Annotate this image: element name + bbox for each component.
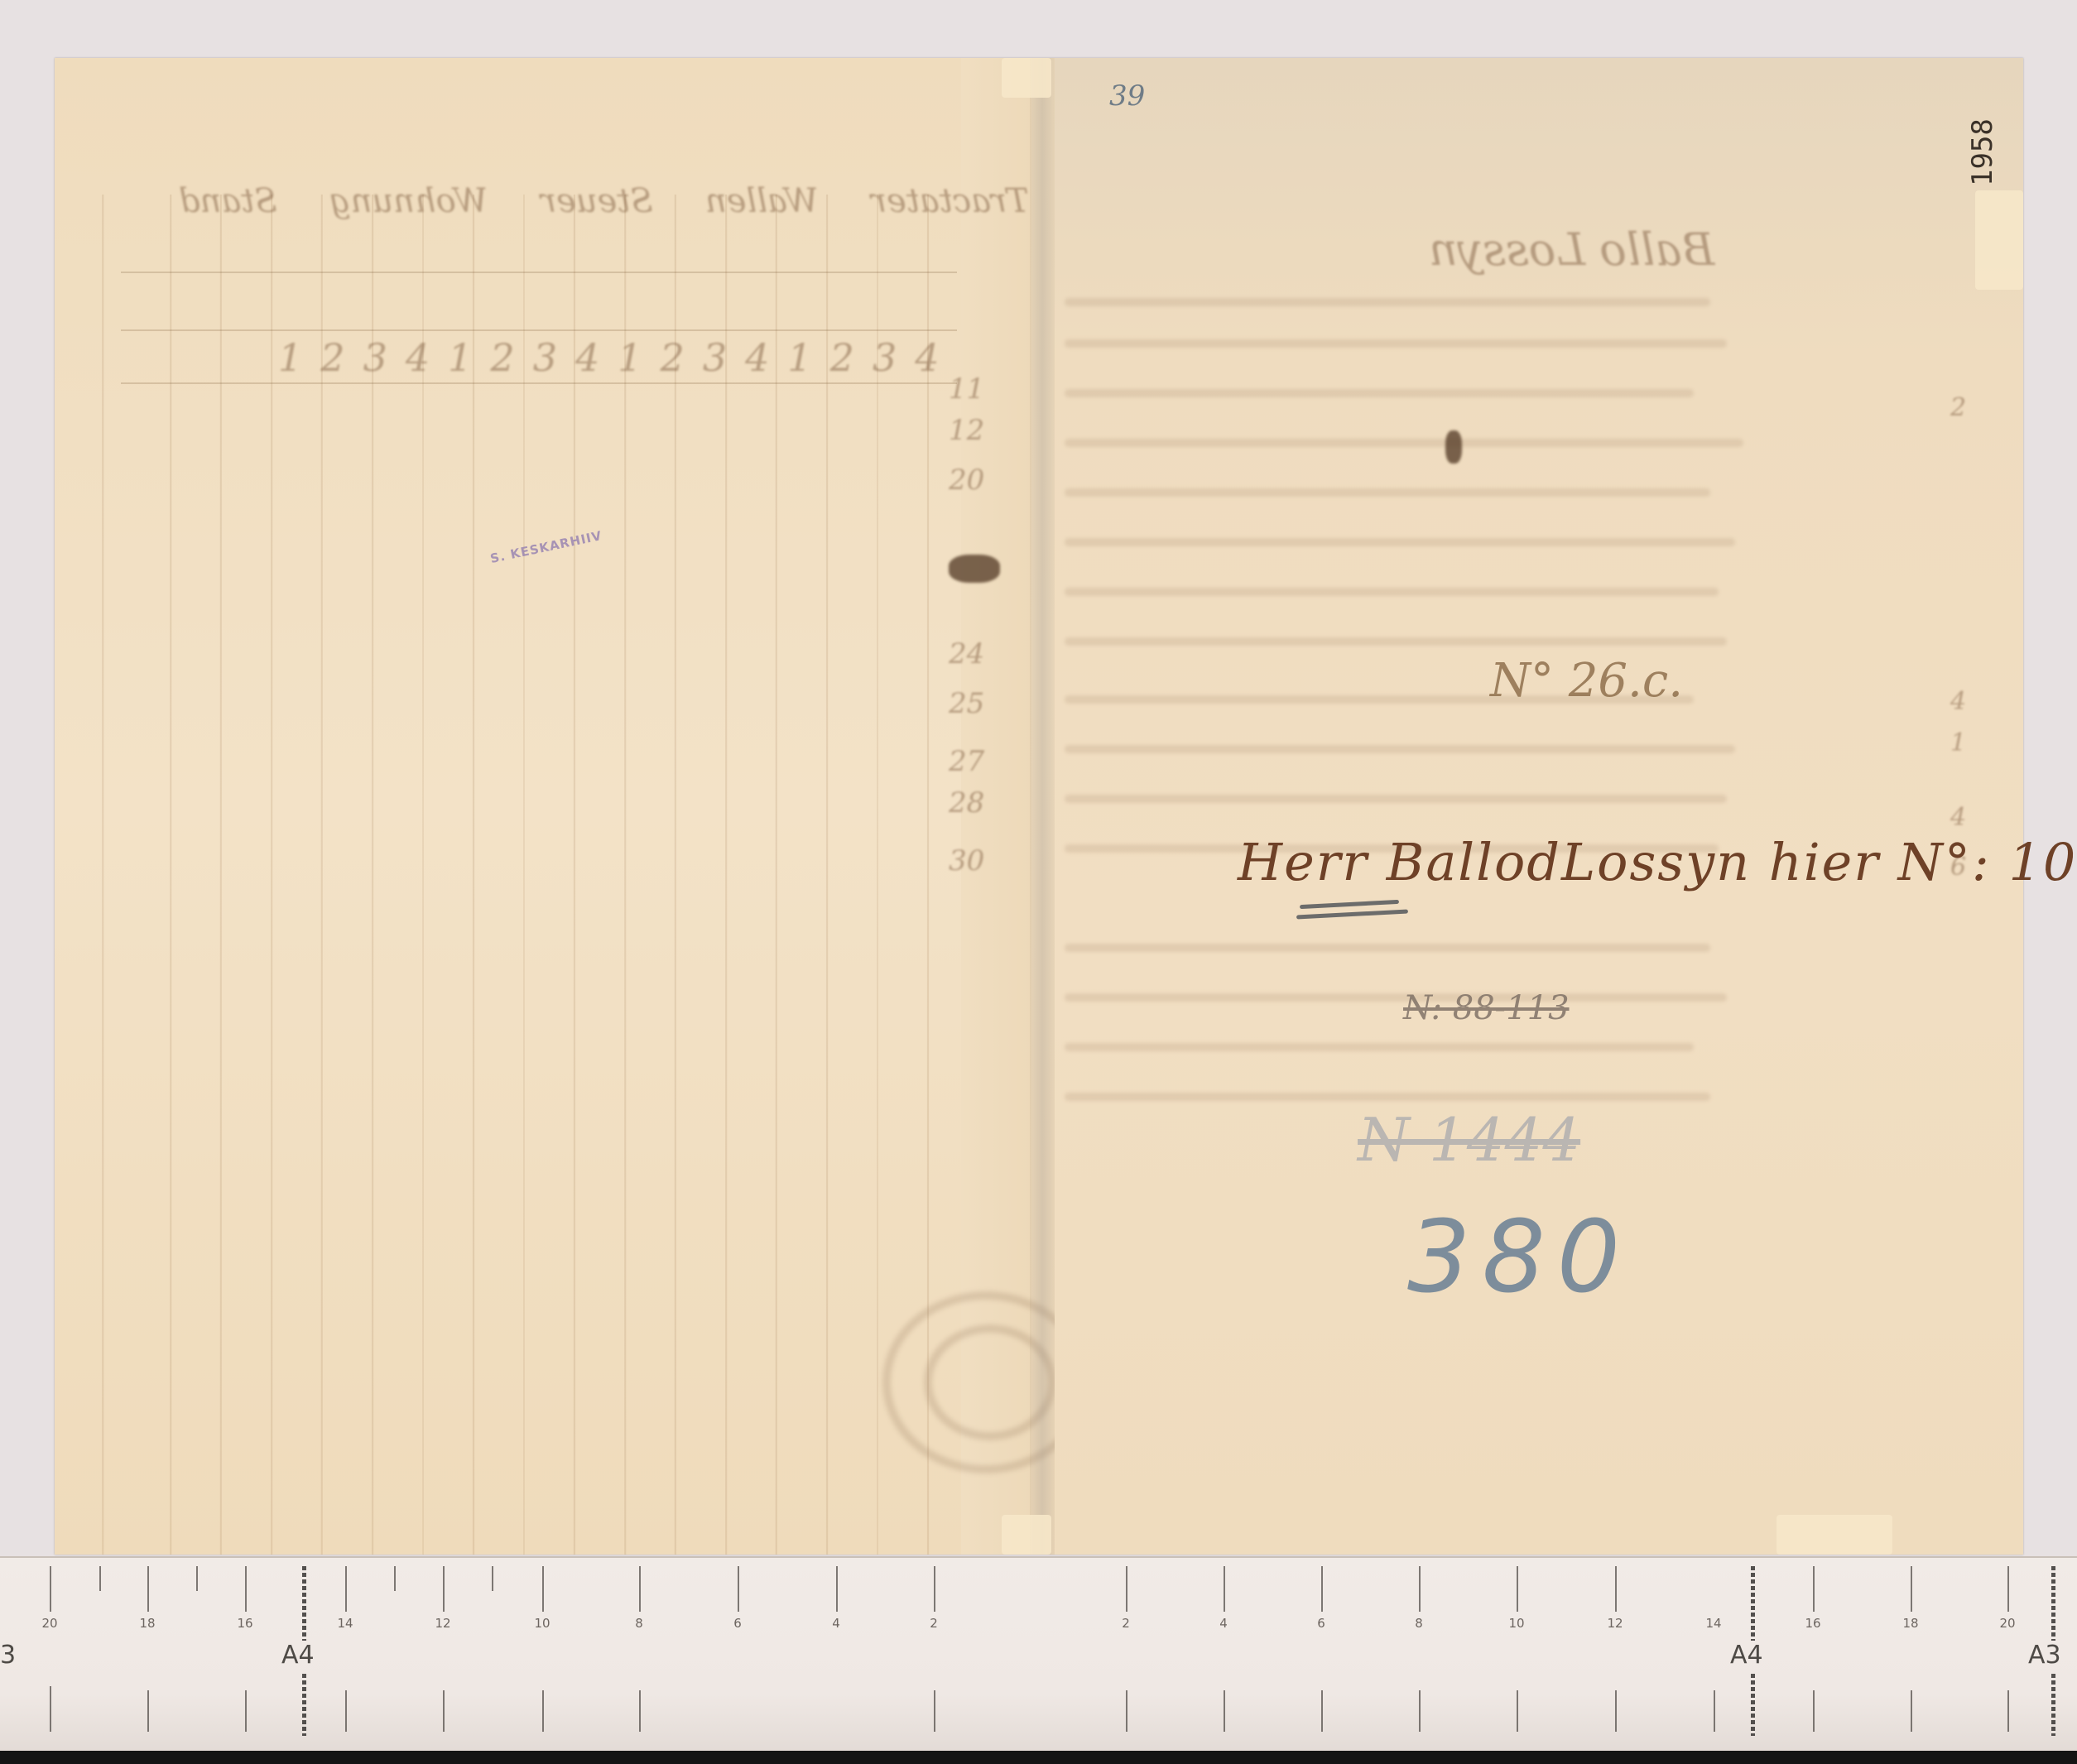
ruler-tick [1321, 1566, 1323, 1612]
ruler-tick [1126, 1690, 1127, 1732]
ruler-label: 14 [1705, 1616, 1721, 1631]
ruler-tick [245, 1566, 247, 1612]
ruler-label: 4 [1219, 1616, 1228, 1631]
text-bleed-line [1065, 637, 1727, 646]
ruler-tick [1224, 1566, 1225, 1612]
ruler-tick [2007, 1566, 2009, 1612]
archive-number: 1958 [1966, 118, 1999, 186]
ruler-tick [443, 1690, 445, 1732]
margin-mark: 24 [949, 637, 984, 671]
ruler-label: 16 [237, 1616, 252, 1631]
ruler-tick [836, 1566, 838, 1612]
ruler-label: 12 [1607, 1616, 1623, 1631]
margin-digit: 4 [1950, 687, 1966, 716]
old-pencil-number-struck: N 1444 [1358, 1105, 1580, 1175]
current-archive-number: 380 [1407, 1200, 1632, 1315]
margin-mark: 30 [949, 844, 984, 877]
text-bleed-line [1065, 588, 1719, 596]
ruler-label: 10 [1508, 1616, 1524, 1631]
a3-marker [2051, 1674, 2055, 1736]
text-bleed-line [1065, 795, 1727, 803]
ruler-tick [934, 1566, 935, 1612]
ruler-tick [492, 1566, 493, 1591]
ruler-tick [1911, 1566, 1912, 1612]
ruler-tick [147, 1566, 149, 1612]
ruler-tick [934, 1690, 935, 1732]
ruler-tick [147, 1690, 149, 1732]
ruler-label: 8 [1415, 1616, 1423, 1631]
ruler-tick [1517, 1566, 1518, 1612]
ruler-tick [639, 1566, 641, 1612]
margin-mark: 25 [949, 687, 984, 720]
ruler-tick [1911, 1690, 1912, 1732]
document-sheet: Stand Wohnung Steuer Wallen Tractater 12… [55, 58, 2023, 1555]
page-fold [1030, 58, 1055, 1555]
address-suffix: Lossyn [1561, 832, 1751, 892]
ruler-label: 10 [534, 1616, 550, 1631]
tape-strip [1002, 58, 1051, 98]
ruler-label: 6 [1317, 1616, 1325, 1631]
margin-digit: 1 [1950, 728, 1966, 757]
text-bleed-line [1065, 488, 1710, 497]
ruler-tick [345, 1690, 347, 1732]
a4-marker [1751, 1674, 1755, 1736]
ruler-tick [1813, 1690, 1815, 1732]
ruler-tick [542, 1690, 544, 1732]
reference-number: N° 26.c. [1490, 654, 1683, 708]
header-bleed-text: Wallen [705, 182, 819, 220]
margin-mark: 20 [949, 464, 984, 497]
address-line: Herr BallodLossyn hier N°: 108:3. [1238, 832, 2077, 892]
ruler-tick [542, 1566, 544, 1612]
paper-size-label: A3 [2028, 1641, 2061, 1670]
ruler-tick [99, 1566, 101, 1591]
ruler-tick [738, 1566, 739, 1612]
text-bleed-line [1065, 1093, 1710, 1101]
ink-blot [949, 555, 1000, 583]
ruler-tick [2007, 1690, 2009, 1732]
ledger-rule [121, 329, 957, 331]
text-bleed-line [1065, 339, 1727, 348]
ruler-label: 2 [1122, 1616, 1130, 1631]
ledger-header-area [55, 58, 1031, 195]
margin-mark: 28 [949, 786, 984, 820]
ruler-tick [1517, 1690, 1518, 1732]
ruler-tick [443, 1566, 445, 1612]
a4-marker [302, 1674, 306, 1736]
ledger-rule [121, 382, 957, 384]
address-number: N°: 108:3. [1898, 832, 2077, 892]
ruler-tick [1126, 1566, 1127, 1612]
text-bleed-line [1065, 745, 1735, 753]
text-bleed-line [1065, 944, 1710, 952]
margin-mark: 12 [949, 414, 984, 447]
ruler-label: 6 [733, 1616, 742, 1631]
measurement-ruler: 20 18 16 14 12 10 8 6 4 2 2 4 6 8 10 12 … [0, 1556, 2077, 1752]
ruler-label: 18 [1902, 1616, 1918, 1631]
ruler-tick [1813, 1566, 1815, 1612]
ink-blot [1445, 430, 1462, 464]
ruler-tick [196, 1566, 198, 1591]
ruler-label: 20 [1999, 1616, 2015, 1631]
heading-bleed: Ballo Lossyn [1429, 224, 1714, 276]
ruler-label: 20 [41, 1616, 57, 1631]
ruler-shadow-edge [0, 1751, 2077, 1764]
tape-strip [1002, 1515, 1051, 1555]
ruler-tick [1714, 1690, 1715, 1732]
pencil-folio-number: 39 [1109, 79, 1145, 113]
text-bleed-line [1065, 538, 1735, 546]
old-number-struck: N: 88-113 [1403, 989, 1570, 1027]
tape-strip [1975, 190, 2023, 290]
text-bleed-line [1065, 439, 1743, 447]
header-bleed-text: Stand [179, 182, 277, 220]
ruler-tick [345, 1566, 347, 1612]
ruler-tick [1419, 1566, 1421, 1612]
ruler-label: 16 [1805, 1616, 1820, 1631]
ledger-rule [121, 272, 957, 273]
a3-marker [2051, 1566, 2055, 1641]
ruler-tick [1615, 1690, 1617, 1732]
paper-size-label: 3 [0, 1641, 16, 1670]
text-bleed-line [1065, 993, 1727, 1002]
ledger-column-numbers: 1234123412341234 [278, 335, 958, 380]
address-label: hier [1769, 832, 1880, 892]
ruler-tick [1615, 1566, 1617, 1612]
ruler-tick [394, 1566, 396, 1591]
header-bleed-text: Wohnung [329, 182, 488, 220]
paper-size-label: A4 [1730, 1641, 1763, 1670]
margin-digit: 4 [1950, 803, 1966, 832]
ruler-tick [1224, 1690, 1225, 1732]
tape-strip [1777, 1515, 1892, 1555]
a4-marker [302, 1566, 306, 1641]
ruler-label: 12 [435, 1616, 450, 1631]
text-bleed-line [1065, 389, 1694, 397]
ruler-tick [50, 1686, 51, 1732]
ruler-tick [1419, 1690, 1421, 1732]
header-bleed-text: Tractater [871, 182, 1029, 220]
ruler-label: 18 [139, 1616, 155, 1631]
ruler-tick [639, 1690, 641, 1732]
archive-stamp: S. KESKARHIIV [489, 528, 603, 566]
ruler-label: 2 [930, 1616, 938, 1631]
text-bleed-line [1065, 298, 1710, 306]
margin-mark: 11 [949, 373, 984, 406]
margin-digit: 2 [1950, 393, 1966, 422]
address-prefix: Herr [1238, 832, 1368, 892]
ruler-label: 4 [832, 1616, 840, 1631]
ruler-label: 14 [337, 1616, 353, 1631]
ledger-header-bleed: Stand Wohnung Steuer Wallen Tractater [179, 182, 1029, 220]
text-bleed-line [1065, 1043, 1694, 1051]
left-page-ledger: Stand Wohnung Steuer Wallen Tractater 12… [55, 58, 1031, 1555]
ruler-label: 8 [635, 1616, 643, 1631]
address-name: Ballod [1387, 832, 1561, 892]
margin-mark: 27 [949, 745, 984, 778]
ruler-tick [245, 1690, 247, 1732]
ruler-tick [1321, 1690, 1323, 1732]
header-bleed-text: Steuer [541, 182, 653, 220]
paper-size-label: A4 [281, 1641, 315, 1670]
ruler-tick [50, 1566, 51, 1612]
right-page-cover [1055, 58, 2023, 1555]
a4-marker [1751, 1566, 1755, 1641]
